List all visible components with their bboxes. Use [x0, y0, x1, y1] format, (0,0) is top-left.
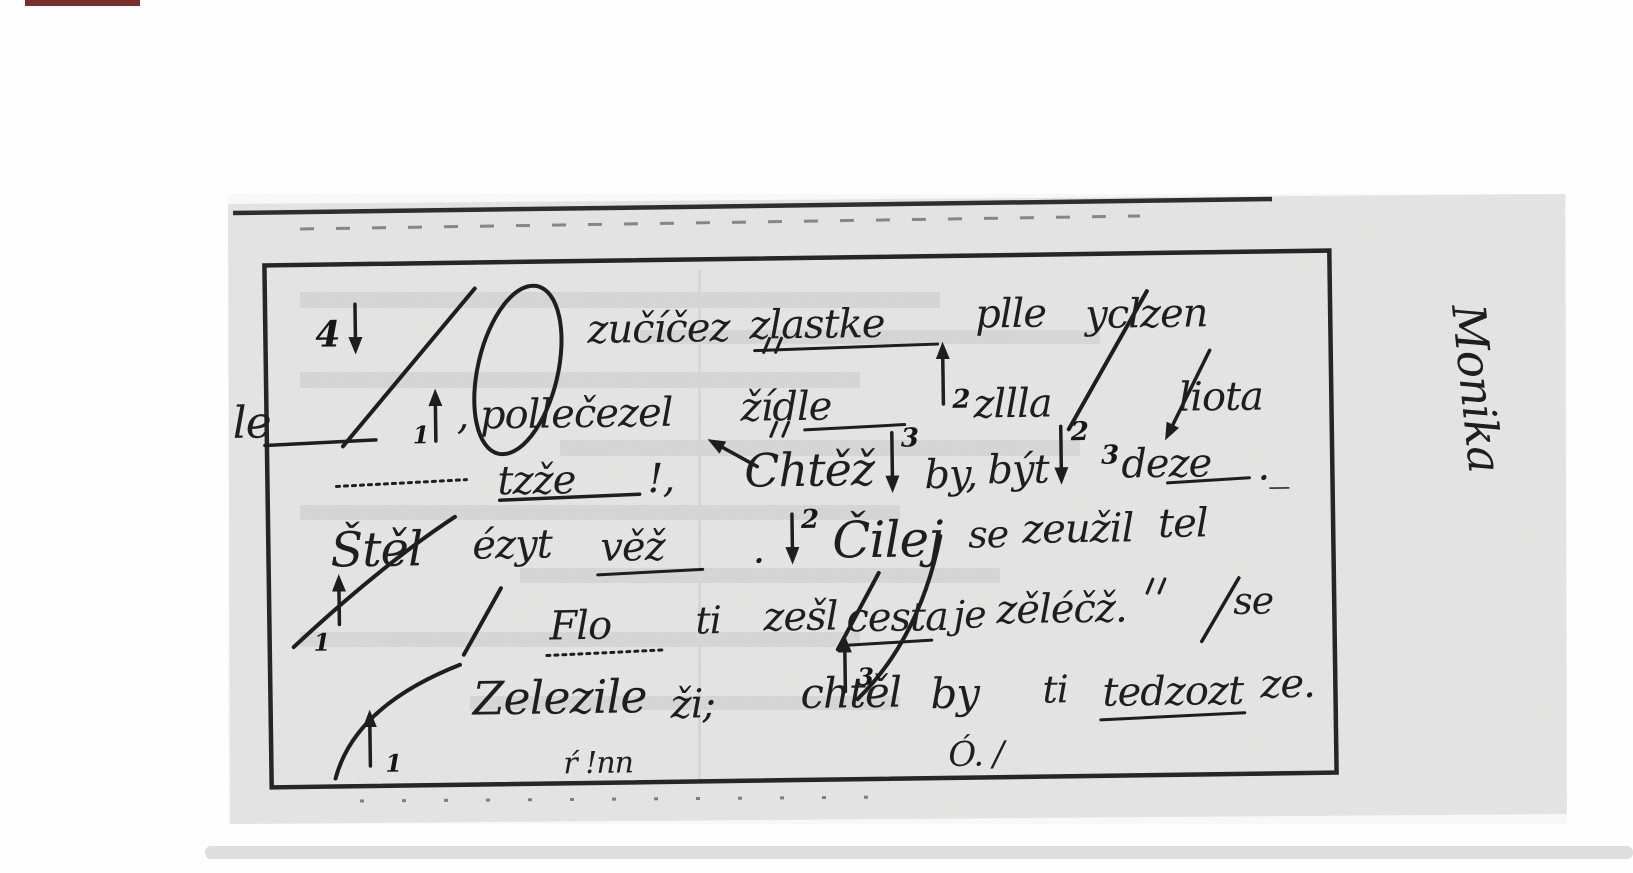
handwriting-word: věž [600, 524, 667, 571]
handwriting-word: plle [975, 291, 1047, 338]
handwriting-word: zllla [972, 380, 1052, 427]
handwriting-word: zěléčž. [995, 585, 1127, 633]
handwriting-word: by, [924, 452, 977, 499]
handwriting-word: liota [1178, 374, 1263, 421]
handwriting-word: Čilej [832, 508, 944, 570]
handwriting-word: !, [647, 456, 674, 502]
handwriting-word: se [968, 512, 1009, 557]
up-arrow-mark [943, 350, 944, 404]
handwriting-word: tel [1158, 500, 1208, 547]
handwriting-word: by [930, 668, 982, 718]
mark-digit-1: 1 [385, 749, 401, 778]
handwriting-word: zešl [762, 593, 838, 640]
handwriting-word: ._ [1257, 443, 1289, 489]
mark-digit-2: 2 [951, 385, 970, 415]
up-arrow-mark [370, 718, 371, 766]
up-arrow-mark [435, 397, 436, 441]
handwriting-word: ži; [669, 681, 715, 728]
red-edge-mark [25, 0, 140, 6]
up-arrow-mark [339, 582, 340, 624]
scanned-document-page: 4 zučíčez zlastke plle yclzen le 1 , pol… [0, 0, 1633, 873]
down-arrow-mark [892, 433, 893, 485]
mark-digit-2: 2 [1070, 417, 1089, 447]
mark-digit-1: 1 [313, 628, 329, 657]
handwriting-word: chtěl [800, 668, 901, 718]
handwriting-word: . [752, 527, 764, 573]
handwriting-word: cesta [846, 594, 948, 641]
handwriting-word: Zelezile [470, 669, 647, 725]
down-arrow-mark [1061, 426, 1062, 476]
down-arrow-mark [792, 514, 793, 556]
handwriting-word: žídle [739, 384, 832, 431]
handwriting-word: být [987, 446, 1051, 493]
mark-digit-1: 1 [413, 420, 429, 449]
handwriting-word: zeužil [1021, 505, 1134, 553]
handwriting-word: ti [695, 598, 721, 642]
handwriting-word: le [232, 397, 271, 449]
handwriting-word: Chtěž [744, 442, 876, 498]
mark-digit-2: 2 [800, 505, 819, 535]
handwriting-word: se [1233, 578, 1274, 623]
handwriting-word: Flo [548, 603, 611, 650]
handwriting-word: ti [1042, 667, 1068, 711]
handwriting-word: , pollečezel [456, 390, 673, 439]
mark-digit-4: 4 [315, 313, 340, 355]
handwriting-word: ŕ !nn [563, 745, 633, 781]
handwriting-word: zučíčez [586, 305, 732, 353]
handwriting-word: ze. [1259, 661, 1315, 708]
bottom-scan-strip [205, 846, 1633, 859]
scan-canvas: 4 zučíčez zlastke plle yclzen le 1 , pol… [0, 0, 1633, 873]
handwriting-word: ézyt [472, 521, 554, 568]
mark-digit-3: 3 [1101, 441, 1119, 471]
mark-digit-3: 3 [901, 423, 919, 453]
handwriting-word: tedzozt [1102, 668, 1245, 716]
down-arrow-mark [355, 304, 356, 346]
handwriting-word: Ó. / [948, 733, 1008, 775]
